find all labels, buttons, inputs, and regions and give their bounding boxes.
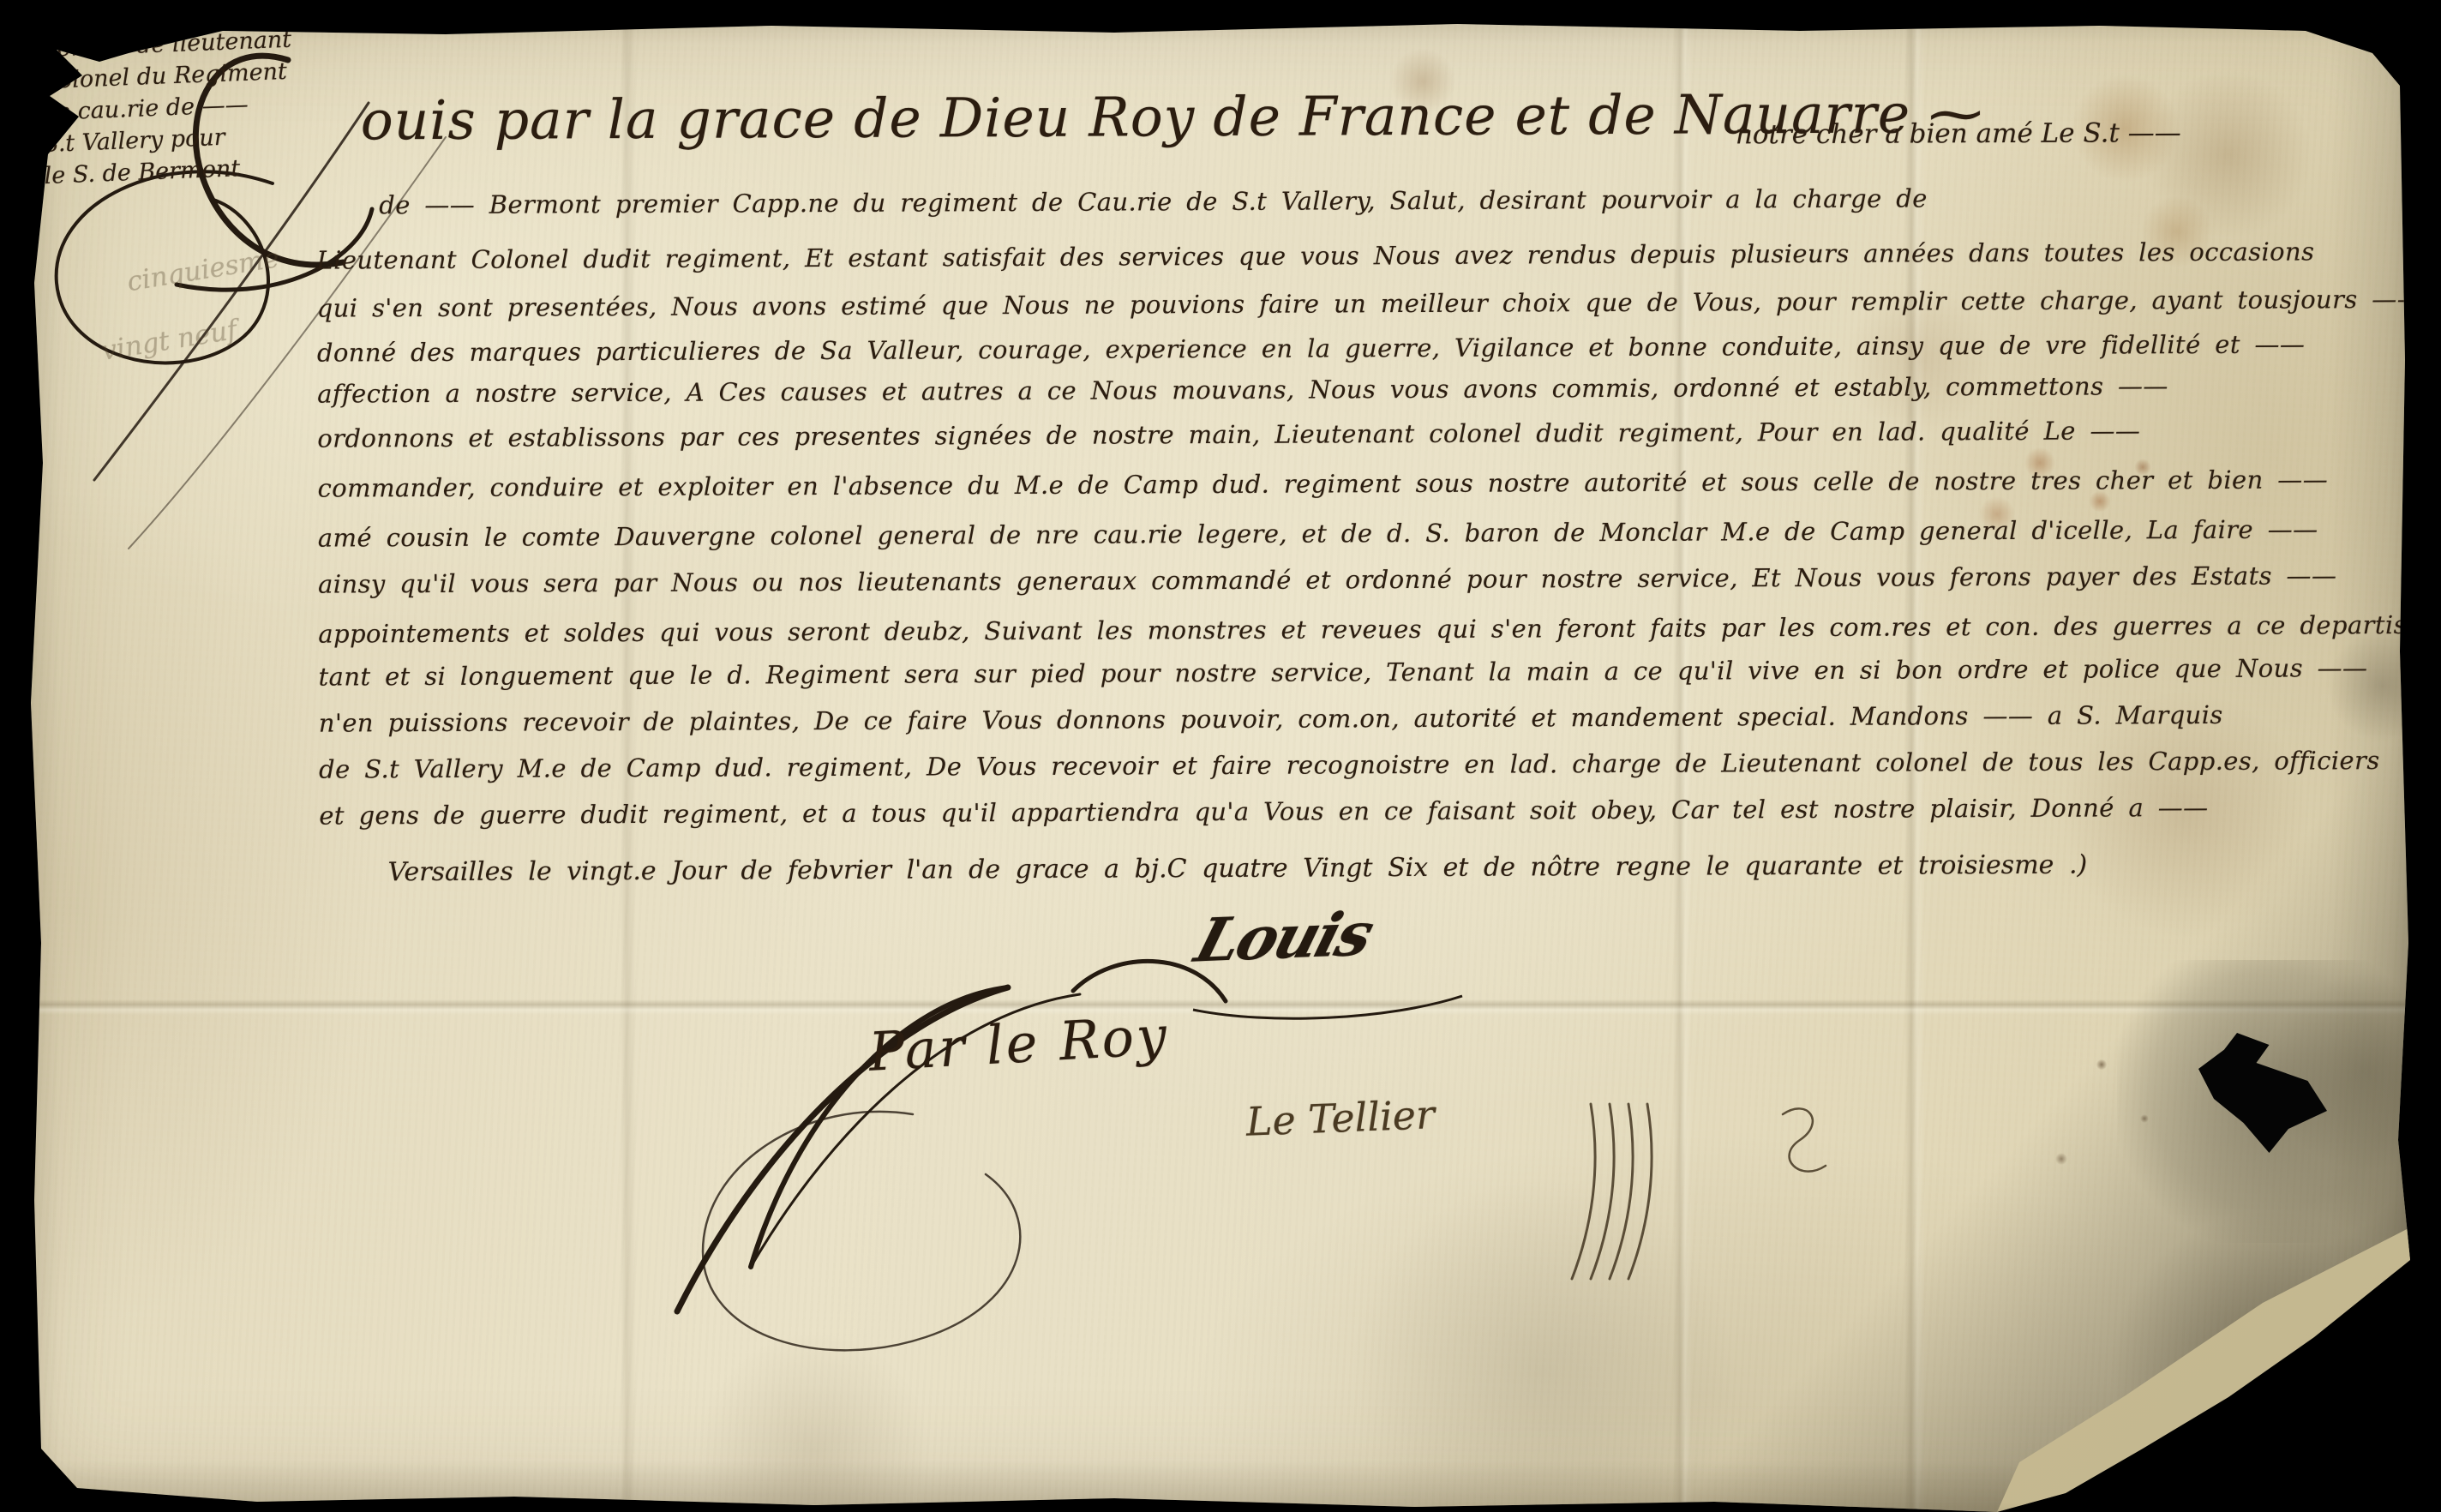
margin-faded-registration: vingt neuf	[99, 315, 239, 367]
page-mark: 2	[2376, 32, 2394, 60]
body-line: donné des marques particulieres de Sa Va…	[317, 329, 2305, 367]
date-line: Versailles le vingt.e Jour de febvrier l…	[388, 850, 2088, 888]
body-line: ordonnons et establissons par ces presen…	[317, 416, 2140, 453]
body-line: affection a nostre service, A Ces causes…	[317, 371, 2168, 408]
margin-note: Com.on de lieutenant Colonel du Regiment…	[39, 24, 297, 192]
body-line: et gens de guerre dudit regiment, et a t…	[319, 793, 2208, 831]
heading-address: notre cher a bien amé Le S.t ——	[1736, 117, 2181, 150]
manuscript-text: Com.on de lieutenant Colonel du Regiment…	[0, 0, 2441, 1512]
secretary-signature: Le Tellier	[1245, 1091, 1436, 1145]
body-line: commander, conduire et exploiter en l'ab…	[318, 465, 2329, 502]
royal-signature: Louis	[1188, 898, 1380, 976]
body-line: tant et si longuement que le d. Regiment…	[319, 653, 2368, 691]
body-line: de —— Bermont premier Capp.ne du regimen…	[379, 183, 1928, 219]
parchment: Com.on de lieutenant Colonel du Regiment…	[0, 0, 2441, 1512]
par-le-roy-label: Par le Roy	[867, 1004, 1171, 1083]
body-line: amé cousin le comte Dauvergne colonel ge…	[318, 514, 2318, 552]
body-line: ainsy qu'il vous sera par Nous ou nos li…	[318, 561, 2336, 598]
photo-background: Com.on de lieutenant Colonel du Regiment…	[0, 0, 2441, 1512]
body-line: n'en puissions recevoir de plaintes, De …	[319, 700, 2223, 738]
body-line: appointements et soldes qui vous seront …	[318, 610, 2441, 649]
margin-faded-registration: cinquiesme	[125, 243, 281, 297]
body-line: Lieutenant Colonel dudit regiment, Et es…	[316, 237, 2314, 274]
body-line: de S.t Vallery M.e de Camp dud. regiment…	[319, 746, 2380, 783]
body-line: qui s'en sont presentées, Nous avons est…	[317, 285, 2422, 323]
